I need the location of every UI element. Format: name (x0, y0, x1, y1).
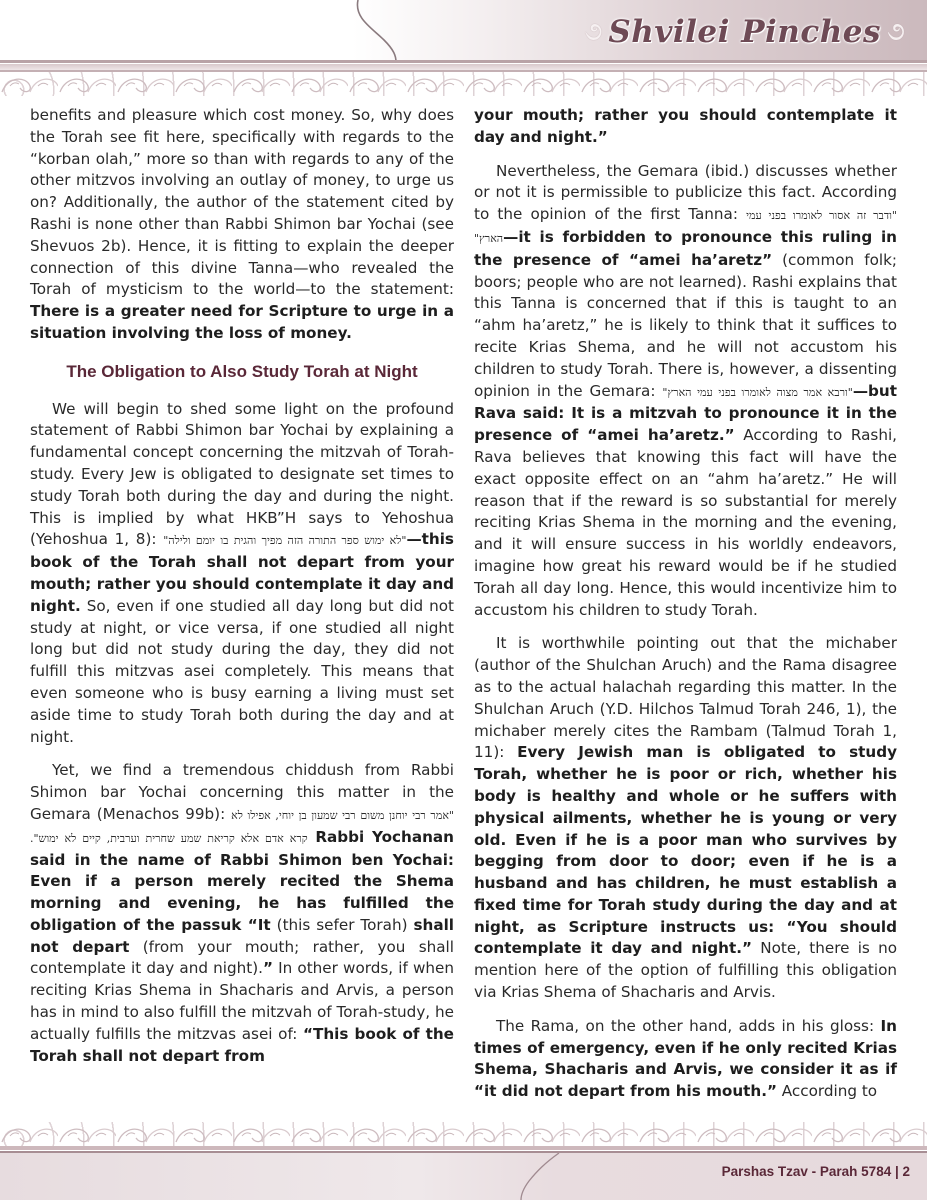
brand-title-block: ૭ Shvilei Pinches ૭ (584, 10, 905, 54)
paragraph: It is worthwhile pointing out that the m… (474, 633, 897, 1004)
paragraph: Nevertheless, the Gemara (ibid.) discuss… (474, 161, 897, 622)
publication-title: Shvilei Pinches (608, 14, 881, 50)
header-rule (0, 60, 927, 63)
swirl-ornament-left-icon: ૭ (584, 17, 602, 48)
paragraph: The Rama, on the other hand, adds in his… (474, 1016, 897, 1103)
footer-scroll-ornament (0, 1122, 927, 1146)
bold-quote: Every Jewish man is obligated to study T… (474, 743, 897, 957)
swirl-ornament-right-icon: ૭ (887, 17, 905, 48)
left-column: benefits and pleasure which cost money. … (30, 105, 454, 1079)
section-heading: The Obligation to Also Study Torah at Ni… (30, 361, 454, 383)
header-divider-curve (350, 0, 410, 62)
footer-rule (0, 1146, 927, 1150)
page-header: ૭ Shvilei Pinches ૭ (0, 0, 927, 62)
page-footer: Parshas Tzav - Parah 5784 | 2 (0, 1153, 927, 1200)
bold-quote: There is a greater need for Scripture to… (30, 302, 454, 342)
right-column: your mouth; rather you should contemplat… (474, 105, 897, 1115)
header-scroll-ornament (0, 72, 927, 96)
issue-and-page-number: Parshas Tzav - Parah 5784 | 2 (722, 1164, 910, 1179)
paragraph: your mouth; rather you should contemplat… (474, 105, 897, 149)
footer-divider-curve (515, 1153, 565, 1200)
paragraph: Yet, we find a tremendous chiddush from … (30, 760, 454, 1067)
hebrew-quote: "ורבא אמר מצוה לאומרו בפני עמי הארץ" (662, 386, 852, 399)
paragraph: We will begin to shed some light on the … (30, 399, 454, 749)
bold-quote: your mouth; rather you should contemplat… (474, 106, 897, 146)
hebrew-quote: "לא ימוש ספר התורה הזה מפיך והגית בו יומ… (163, 534, 406, 547)
paragraph: benefits and pleasure which cost money. … (30, 105, 454, 345)
